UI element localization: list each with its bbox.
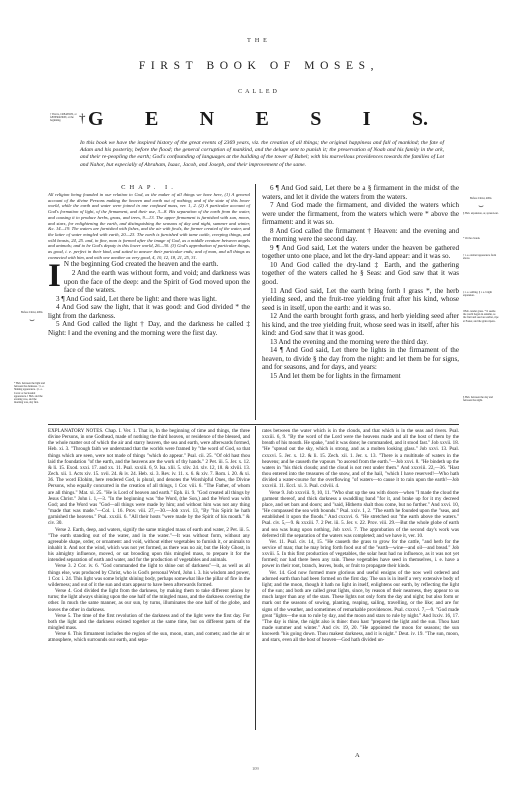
- explanatory-notes-right: rates between the water which is in the …: [262, 428, 459, 643]
- notes-separator-rule: [48, 424, 459, 425]
- title-margin-note: † That is, CREATION, or GENERATION, or t…: [50, 113, 78, 122]
- verse-1: IN the beginning God created the heaven …: [48, 260, 250, 269]
- verse-6: 6 ¶ And God said, Let there be a § firma…: [262, 184, 459, 201]
- verse-4: 4 And God saw the light, that it was goo…: [48, 303, 250, 320]
- title-the: THE: [0, 38, 518, 44]
- genesis-letter: S.: [412, 108, 428, 131]
- margin-note-grass: ‖ Heb. tender grass. * It seems the worl…: [463, 310, 499, 323]
- genesis-letter: E: [255, 108, 268, 131]
- verse-12: 12 And the earth brought forth grass, an…: [262, 312, 459, 338]
- verse-5: 5 And God called the light † Day, and th…: [48, 320, 250, 337]
- verse-14: 14 ¶ And God said, Let there be lights i…: [262, 346, 459, 372]
- verse-11: 11 And God said, Let the earth bring for…: [262, 287, 459, 313]
- verse-2: 2 And the earth was without form, and vo…: [48, 269, 250, 295]
- drop-cap: I: [48, 262, 61, 291]
- note-paragraph: Verse 9. Job xxxviii. 9, 10, 11. "Who sh…: [262, 490, 459, 539]
- page-number: 109: [252, 766, 259, 771]
- book-title: FIRST BOOK OF MOSES,: [0, 60, 518, 72]
- explanatory-notes-left: EXPLANATORY NOTES. Chap. I. Ver. 1. That…: [48, 428, 250, 643]
- note-paragraph: Ver. 11. Psal. civ. 14, 15. "He causeth …: [262, 539, 459, 570]
- verse-3: 3 ¶ And God said, Let there be light: an…: [48, 295, 250, 304]
- note-paragraph: Verse 2. Earth, deep, and waters, signif…: [48, 527, 250, 564]
- verse-7: 7 And God made the firmament, and divide…: [262, 201, 459, 227]
- chronology-note-left: Before Christ, 4004. ⏟: [16, 311, 48, 319]
- margin-note-above: * Or the clouds.: [463, 237, 499, 240]
- title-called: CALLED: [0, 89, 518, 95]
- note-paragraph: Verse 5. The time of the first revolutio…: [48, 613, 250, 631]
- notes-column-divider: [255, 426, 256, 730]
- margin-note-earth: ‡ i. e. settling. § i. e. bright expansi…: [463, 291, 499, 297]
- book-summary: In this book we have the inspired histor…: [80, 140, 444, 169]
- margin-note-divide: § Heb. between the day and between the n…: [463, 396, 499, 402]
- genesis-letter: E: [145, 108, 158, 131]
- chapter-summary: All religion being founded in our relati…: [48, 192, 250, 260]
- scripture-column-left: CHAP. I. All religion being founded in o…: [48, 184, 250, 337]
- verse-8: 8 And God called the firmament † Heaven:…: [262, 227, 459, 244]
- note-paragraph: Ver. 14. God now formed more glorious an…: [262, 570, 459, 644]
- note-paragraph: Verse 6. This firmament includes the reg…: [48, 631, 250, 643]
- genesis-letter: G: [88, 108, 104, 131]
- genesis-letter: I: [363, 108, 371, 131]
- brace-icon: ⏟: [16, 314, 48, 319]
- verse-13: 13 And the evening and the morning were …: [262, 338, 459, 347]
- printer-signature: A: [355, 752, 360, 759]
- brace-icon: ⏟: [463, 200, 499, 205]
- note-paragraph: Verse 3. 2 Cor. iv. 6. "God commanded th…: [48, 563, 250, 588]
- margin-note-left-verses: * Heb. between the light and between the…: [14, 382, 46, 404]
- margin-note-heaven: † i. e. exalted appearance from above.: [463, 254, 499, 260]
- note-paragraph: rates between the water which is in the …: [262, 428, 459, 490]
- verse-10: 10 And God called the dry-land ‡ Earth, …: [262, 261, 459, 287]
- chapter-heading: CHAP. I.: [48, 184, 250, 191]
- dagger-mark: †: [79, 110, 86, 126]
- margin-note-firmament: § Heb. expansion, or, spread-out.: [463, 212, 499, 215]
- note-paragraph: EXPLANATORY NOTES. Chap. I. Ver. 1. That…: [48, 428, 250, 527]
- chronology-note-right: Before Christ, 4004. ⏟: [463, 197, 499, 205]
- verse-15: 15 And let them be for lights in the fir…: [262, 372, 459, 381]
- note-paragraph: Verse 4. God divided the light from the …: [48, 588, 250, 613]
- genesis-letter: N: [200, 108, 214, 131]
- book-name-genesis: G E N E S I S.: [88, 108, 428, 131]
- bible-page: THE FIRST BOOK OF MOSES, CALLED † That i…: [0, 0, 518, 800]
- scripture-column-right: 6 ¶ And God said, Let there be a § firma…: [262, 184, 459, 381]
- genesis-letter: S: [310, 108, 321, 131]
- verse-9: 9 ¶ And God said, Let the waters under t…: [262, 244, 459, 261]
- column-divider: [255, 184, 256, 420]
